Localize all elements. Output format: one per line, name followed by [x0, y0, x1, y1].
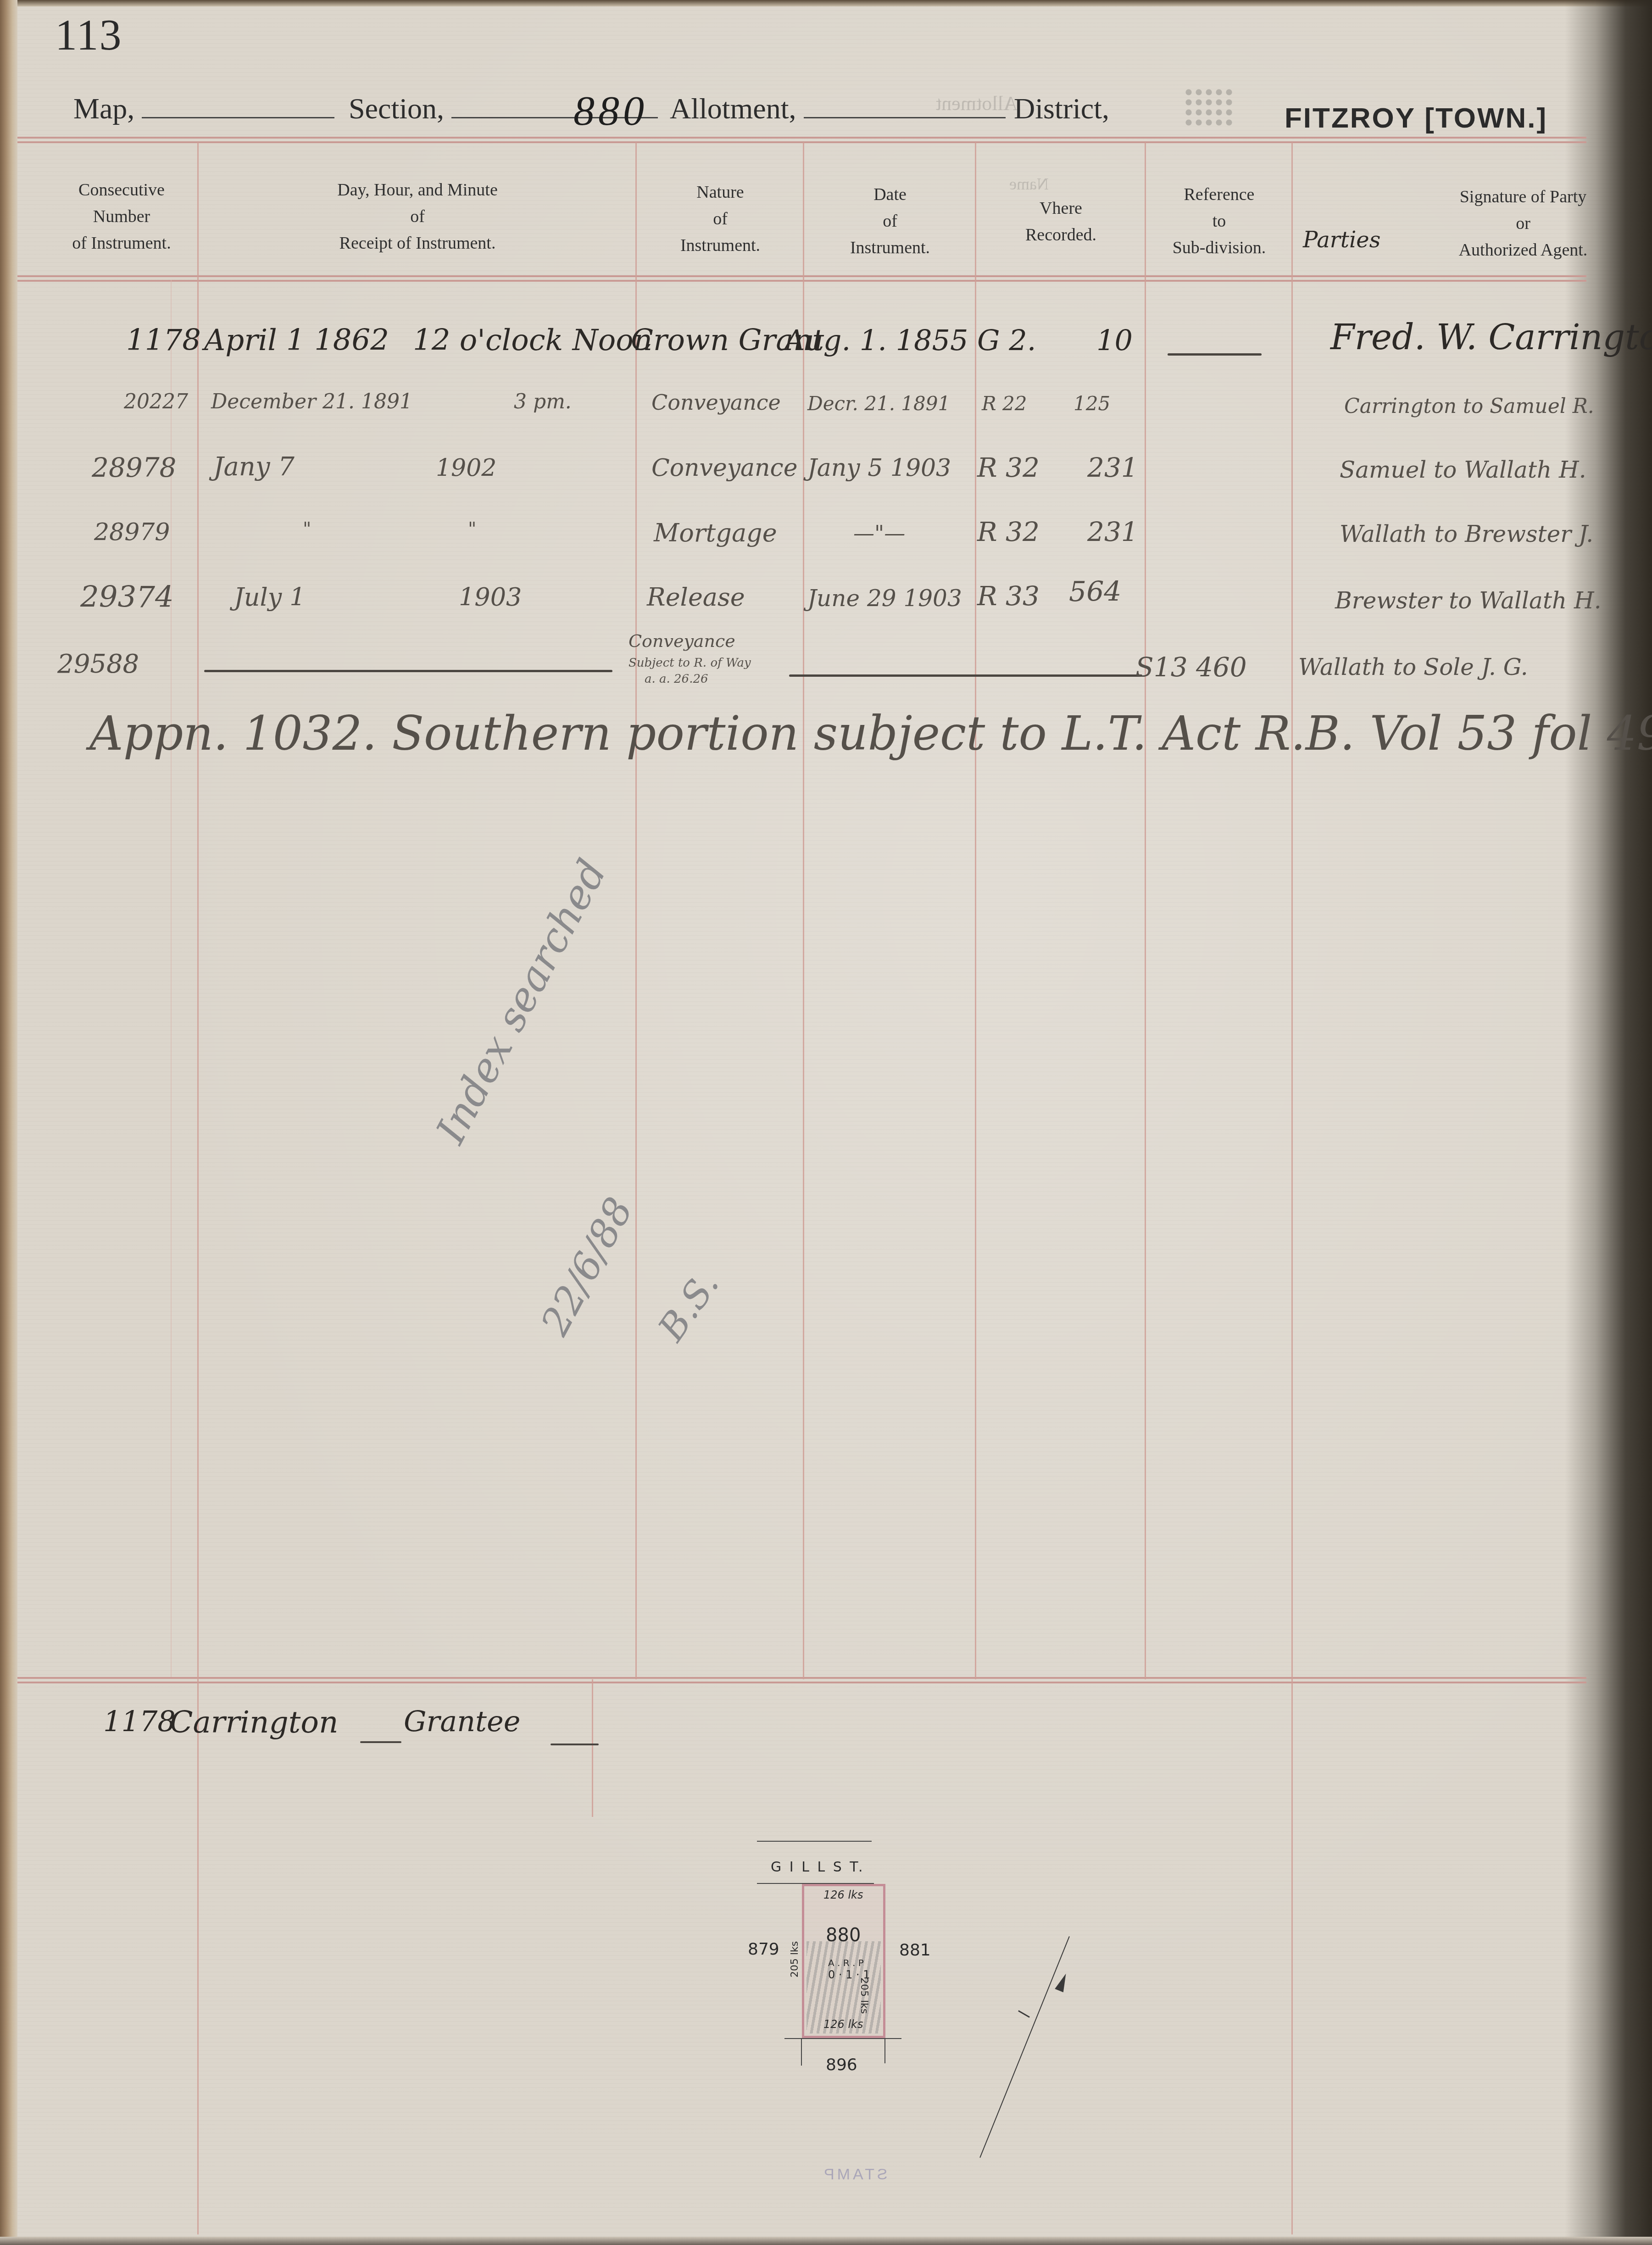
column-header-signature: Signature of Party or Authorized Agent.	[1431, 184, 1615, 263]
show-through-text: Allotment	[936, 92, 1018, 115]
bearing-tick	[1018, 2010, 1030, 2018]
row-receipt-time: 3 pm.	[514, 390, 572, 413]
row-recorded-folio: 231	[1087, 516, 1138, 547]
row-date: —"—	[853, 521, 905, 546]
show-through-text: Name	[1009, 174, 1049, 194]
row-recorded: R 32	[977, 516, 1040, 547]
ledger-page: 113 Map, Section, 880 Allotment, Distric…	[0, 0, 1652, 2245]
row-nature: Conveyance	[651, 454, 798, 482]
grantee-number: 1178	[103, 1705, 176, 1738]
column-header-recorded: Vhere Recorded.	[977, 195, 1145, 248]
row-reference-dash	[1168, 353, 1262, 356]
row-nature: Release	[647, 583, 745, 612]
row-nature: Mortgage	[654, 518, 777, 547]
grantee-dash	[551, 1744, 599, 1745]
map-label: Map,	[73, 92, 134, 125]
map-field: Map,	[73, 92, 334, 126]
lot-right-side: 205 lks	[858, 1978, 870, 2014]
row-recorded: G 2.	[977, 323, 1036, 357]
row-number: 20227	[124, 390, 188, 413]
map-blank	[142, 112, 334, 118]
page-top-edge	[0, 0, 1652, 6]
lot-frontage: 126 lks	[823, 1888, 863, 1901]
neighbor-lot-rear: 896	[826, 2056, 857, 2074]
folio-number: 113	[55, 9, 122, 60]
lower-section-rule	[17, 1677, 1586, 1683]
row-nature: Conveyance	[629, 631, 735, 651]
page-left-edge	[0, 0, 17, 2245]
page-bottom-edge	[0, 2237, 1652, 2245]
column-rule	[803, 142, 804, 1679]
smudged-stamp	[1184, 87, 1234, 128]
faint-stamp-show-through: STAMP	[821, 2166, 888, 2184]
row-receipt-day: July 1	[234, 583, 306, 612]
neighbor-lot-right: 881	[899, 1941, 931, 1960]
column-rule	[975, 142, 976, 1679]
row-parties: Wallath to Brewster J.	[1340, 521, 1593, 547]
row-nature-note: Subject to R. of Way	[629, 656, 751, 670]
row-nature: Conveyance	[651, 390, 781, 415]
row-nature-note: a. a. 26.26	[645, 672, 708, 686]
row-parties: Fred. W. Carrington	[1330, 317, 1652, 357]
appn-annotation: Appn. 1032. Southern portion subject to …	[89, 707, 1652, 761]
pencil-note-date-block: 22/6/88	[532, 1190, 642, 1343]
row-recorded: R 22	[982, 392, 1027, 415]
row-parties: Samuel to Wallath H.	[1340, 457, 1586, 483]
grantee-name: Carrington	[170, 1705, 339, 1740]
district-field: District,	[1014, 92, 1109, 126]
column-header-nature: Nature of Instrument.	[638, 179, 803, 259]
row-date: Jany 5 1903	[807, 454, 951, 482]
section-label: Section,	[349, 92, 444, 125]
row-parties: Wallath to Sole J. G.	[1298, 654, 1528, 680]
lot-area-value: 0 · 1 · 1	[828, 1968, 870, 1981]
column-rule	[635, 142, 637, 1679]
header-bottom-rule	[17, 275, 1586, 282]
row-receipt-time: 1902	[436, 454, 496, 482]
row-parties: Carrington to Samuel R.	[1344, 395, 1594, 418]
grantee-dash	[360, 1741, 401, 1743]
district-value: FITZROY [TOWN.]	[1285, 102, 1547, 134]
row-receipt-day: Jany 7	[213, 452, 295, 482]
column-rule	[592, 1679, 593, 1817]
row-receipt-time: 1903	[459, 583, 522, 612]
row-number: 28979	[94, 518, 170, 546]
row-date: June 29 1903	[807, 585, 962, 612]
row-number: 1178	[126, 323, 201, 357]
column-header-reference: Reference to Sub-division.	[1147, 181, 1291, 261]
column-header-date: Date of Instrument.	[805, 181, 975, 261]
row-receipt-day: April 1 1862	[204, 323, 389, 357]
grantee-role: Grantee	[404, 1705, 520, 1738]
row-recorded-folio: 125	[1074, 392, 1110, 415]
pencil-note-date: 22/6/88	[532, 1190, 642, 1343]
row-date: Decr. 21. 1891	[807, 392, 950, 415]
row-recorded-folio: 564	[1069, 576, 1122, 608]
rear-boundary-line	[784, 2038, 901, 2039]
column-header-number: Consecutive Number of Instrument.	[46, 177, 197, 256]
row-date: Aug. 1. 1855	[784, 323, 968, 357]
boundary-line	[801, 2038, 802, 2066]
row-receipt-day: December 21. 1891	[211, 390, 412, 413]
lot-area-header: A . R . P	[828, 1957, 864, 1968]
row-number: 29374	[80, 580, 174, 614]
north-bearing-line	[979, 1936, 1070, 2158]
pencil-note-initials: B.S.	[650, 1264, 727, 1349]
header-top-rule	[17, 137, 1586, 143]
row-receipt-time: 12 o'clock Noon	[413, 323, 652, 357]
column-header-receipt: Day, Hour, and Minute of Receipt of Inst…	[202, 177, 633, 256]
row-recorded: R 32	[977, 452, 1040, 483]
pencil-note-line1: Index searched	[427, 852, 616, 1151]
row-blank-line	[789, 674, 1142, 677]
section-value: 880	[573, 86, 648, 135]
row-receipt-day: "	[303, 518, 311, 540]
boundary-line	[884, 2038, 885, 2063]
row-number: 28978	[92, 452, 177, 483]
row-reference: S13 460	[1135, 652, 1247, 683]
lot-left-side: 205 lks	[789, 1941, 801, 1978]
pencil-note: Index searched	[427, 852, 616, 1151]
column-rule	[1145, 142, 1146, 1679]
street-edge-line	[757, 1841, 872, 1842]
column-header-parties: Parties	[1303, 227, 1380, 253]
row-receipt-time: "	[468, 518, 476, 540]
row-number: 29588	[57, 649, 139, 679]
lot-number: 880	[826, 1925, 861, 1946]
row-blank-line	[204, 670, 612, 672]
neighbor-lot-left: 879	[748, 1940, 779, 1959]
sketch-map: G I L L S T. 126 lks 880 879 881 205 lks…	[762, 1840, 963, 2069]
lot-rear: 126 lks	[823, 2018, 863, 2031]
district-label: District,	[1014, 92, 1109, 125]
column-rule	[197, 142, 199, 2234]
row-recorded: R 33	[977, 580, 1040, 612]
column-rule	[171, 280, 172, 1677]
north-arrow-icon	[1055, 1972, 1070, 1993]
row-recorded-folio: 10	[1096, 323, 1133, 357]
allotment-label: Allotment,	[670, 92, 796, 125]
column-rule	[1291, 142, 1293, 2234]
row-parties: Brewster to Wallath H.	[1335, 587, 1602, 614]
street-label: G I L L S T.	[771, 1859, 865, 1875]
row-recorded-folio: 231	[1087, 452, 1138, 483]
